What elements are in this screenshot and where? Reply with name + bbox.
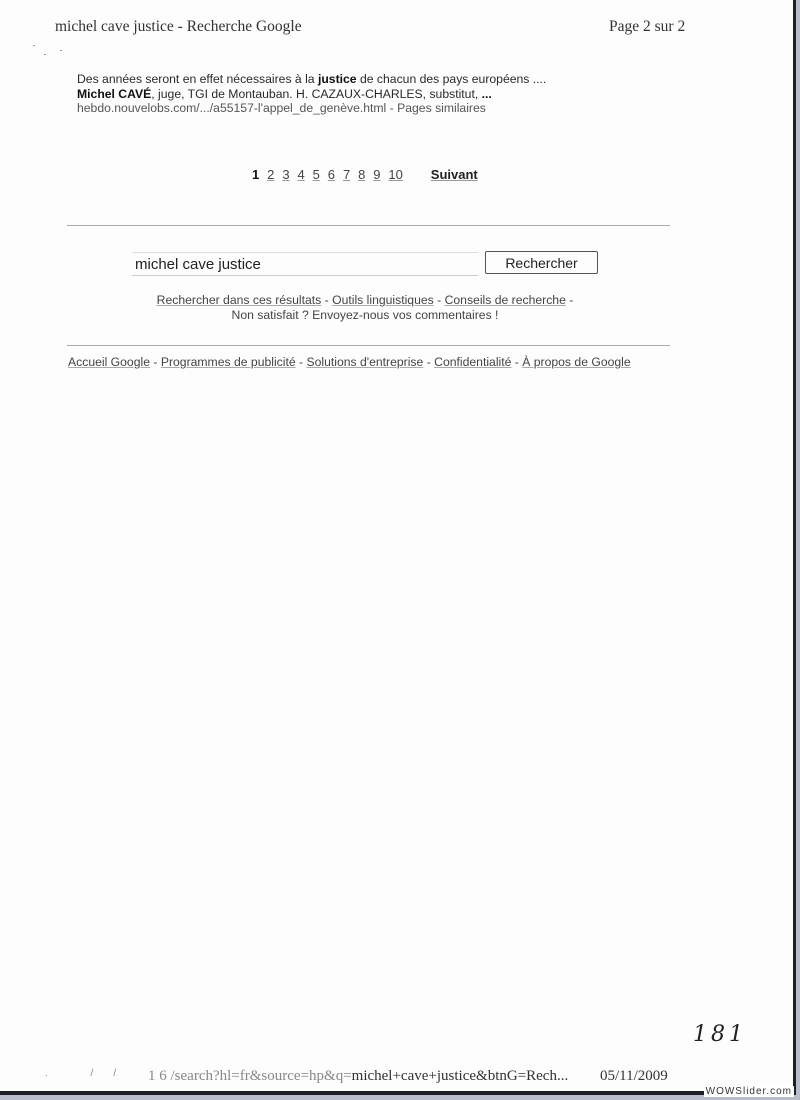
search-result: Des années seront en effet nécessaires à…: [77, 72, 546, 116]
footer-link-advertising[interactable]: Programmes de publicité: [161, 355, 296, 369]
divider: [67, 225, 670, 226]
pagination-current-page: 1: [252, 167, 259, 182]
pagination-page-link[interactable]: 10: [388, 167, 402, 182]
pagination-page-link[interactable]: 4: [297, 167, 304, 182]
footer-link-business[interactable]: Solutions d'entreprise: [306, 355, 423, 369]
divider: [67, 345, 670, 346]
footer-link-privacy[interactable]: Confidentialité: [434, 355, 511, 369]
snippet-text: de chacun des pays européens ....: [357, 72, 547, 86]
pagination-page-link[interactable]: 5: [313, 167, 320, 182]
snippet-text: , juge, TGI de Montauban. H. CAZAUX-CHAR…: [151, 87, 481, 101]
footer-link-home[interactable]: Accueil Google: [68, 355, 150, 369]
pagination-next-link[interactable]: Suivant: [431, 167, 478, 182]
print-header-page-number: Page 2 sur 2: [609, 18, 685, 36]
print-footer-url-faded: 1 6 /search?hl=fr&source=hp&q=: [148, 1068, 352, 1084]
print-footer-url: 1 6 /search?hl=fr&source=hp&q=michel+cav…: [148, 1068, 568, 1085]
scan-speck: [60, 50, 62, 51]
pagination: 1 2 3 4 5 6 7 8 9 10 Suivant: [252, 167, 478, 182]
watermark: WOWSlider.com: [704, 1086, 794, 1097]
pagination-page-link[interactable]: 7: [343, 167, 350, 182]
snippet-highlight: Michel CAVÉ: [77, 87, 151, 101]
pagination-page-link[interactable]: 8: [358, 167, 365, 182]
search-button[interactable]: Rechercher: [485, 251, 598, 274]
print-header-title: michel cave justice - Recherche Google: [55, 18, 302, 36]
result-snippet-line-2: Michel CAVÉ, juge, TGI de Montauban. H. …: [77, 87, 546, 102]
print-footer-marks: . //: [45, 1068, 136, 1079]
handwritten-page-number: 181: [693, 1022, 747, 1047]
scan-speck: [44, 54, 46, 55]
separator: -: [150, 355, 161, 369]
separator: -: [386, 101, 397, 115]
scanned-page: michel cave justice - Recherche Google P…: [0, 0, 796, 1095]
footer-links: Accueil Google - Programmes de publicité…: [68, 355, 631, 369]
separator: -: [566, 293, 573, 307]
separator: -: [321, 293, 332, 307]
result-url: hebdo.nouvelobs.com/.../a55157-l'appel_d…: [77, 101, 386, 115]
separator: -: [511, 355, 522, 369]
print-footer-date: 05/11/2009: [600, 1068, 668, 1085]
separator: -: [423, 355, 434, 369]
search-options-links: Rechercher dans ces résultats - Outils l…: [0, 293, 730, 323]
pagination-page-link[interactable]: 6: [328, 167, 335, 182]
snippet-highlight: justice: [318, 72, 357, 86]
similar-pages-link[interactable]: Pages similaires: [397, 101, 486, 115]
search-input[interactable]: [132, 252, 478, 276]
search-tips-link[interactable]: Conseils de recherche: [445, 293, 566, 307]
pagination-page-link[interactable]: 2: [267, 167, 274, 182]
separator: -: [296, 355, 307, 369]
separator: -: [434, 293, 445, 307]
pagination-page-link[interactable]: 3: [282, 167, 289, 182]
result-url-line: hebdo.nouvelobs.com/.../a55157-l'appel_d…: [77, 101, 546, 116]
snippet-text: Des années seront en effet nécessaires à…: [77, 72, 318, 86]
language-tools-link[interactable]: Outils linguistiques: [332, 293, 434, 307]
result-snippet-line-1: Des années seront en effet nécessaires à…: [77, 72, 546, 87]
search-within-results-link[interactable]: Rechercher dans ces résultats: [157, 293, 322, 307]
print-footer-url-text: michel+cave+justice&btnG=Rech...: [352, 1068, 569, 1084]
scan-speck: [33, 45, 35, 46]
pagination-page-link[interactable]: 9: [373, 167, 380, 182]
footer-link-about[interactable]: À propos de Google: [522, 355, 630, 369]
feedback-text[interactable]: Non satisfait ? Envoyez-nous vos comment…: [0, 308, 730, 323]
snippet-ellipsis: ...: [482, 87, 492, 101]
